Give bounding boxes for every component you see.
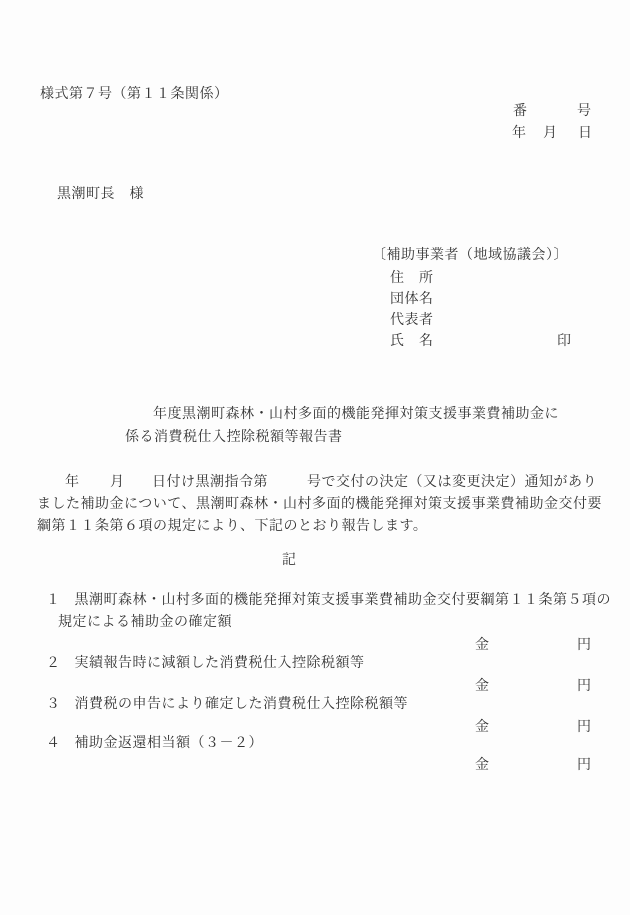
item-3-amount-label: 金 [475,720,490,736]
item-2-number: ２ [46,656,61,671]
body-year-label: 年 [65,475,80,491]
doc-number-label-ban: 番 [513,104,528,120]
item-4-unit-label: 円 [577,758,592,774]
item-4-amount-label: 金 [475,758,490,774]
item-3-text: 消費税の申告により確定した消費税仕入控除税額等 [75,697,409,712]
item-4-text: 補助金返還相当額（３－２） [75,736,264,751]
doc-number-label-go: 号 [577,104,592,120]
item-1-text: 黒潮町森林・山村多面的機能発揮対策支援事業費補助金交付要綱第１１条第５項の [75,593,612,608]
item-2-line-1: ２実績報告時に減額した消費税仕入控除税額等 [46,656,365,672]
item-2-text: 実績報告時に減額した消費税仕入控除税額等 [75,656,365,671]
document-title-line-2: 係る消費税仕入控除税額等報告書 [125,430,343,446]
item-3-line-1: ３消費税の申告により確定した消費税仕入控除税額等 [46,697,408,713]
item-1-line-2: 規定による補助金の確定額 [58,615,232,631]
body-line-2: ました補助金について、黒潮町森林・山村多面的機能発揮対策支援事業費補助金交付要 [37,497,602,513]
document-page: 様式第７号（第１１条関係） 番 号 年 月 日 黒潮町長 様 〔補助事業者（地域… [0,0,630,915]
document-title-line-1: 年度黒潮町森林・山村多面的機能発揮対策支援事業費補助金に [153,407,559,423]
recipient-line: 黒潮町長 様 [57,187,144,203]
item-3-number: ３ [46,697,61,712]
date-day-label: 日 [578,126,593,142]
item-4-line-1: ４補助金返還相当額（３－２） [46,736,263,752]
item-3-unit-label: 円 [577,720,592,736]
applicant-organization-label: 団体名 [390,292,434,308]
item-2-amount-label: 金 [475,679,490,695]
applicant-header: 〔補助事業者（地域協議会）〕 [372,248,568,264]
section-marker: 記 [282,553,297,569]
item-1-number: １ [46,593,61,608]
body-line-3: 綱第１１条第６項の規定により、下記のとおり報告します。 [37,519,427,535]
item-1-amount-label: 金 [475,638,490,654]
applicant-seal-label: 印 [557,334,572,350]
item-1-line-1: １黒潮町森林・山村多面的機能発揮対策支援事業費補助金交付要綱第１１条第５項の [46,593,611,609]
applicant-name-label: 氏 名 [390,334,434,350]
body-month-label: 月 [110,475,125,491]
item-2-unit-label: 円 [577,679,592,695]
applicant-address-label: 住 所 [390,271,434,287]
body-line-1-rest: 号で交付の決定（又は変更決定）通知があり [307,475,597,491]
body-line-1-mid: 日付け黒潮指令第 [152,475,268,491]
form-number: 様式第７号（第１１条関係） [40,87,229,103]
applicant-representative-label: 代表者 [390,313,434,329]
date-month-label: 月 [543,126,558,142]
item-1-unit-label: 円 [577,638,592,654]
date-year-label: 年 [512,126,527,142]
item-4-number: ４ [46,736,61,751]
